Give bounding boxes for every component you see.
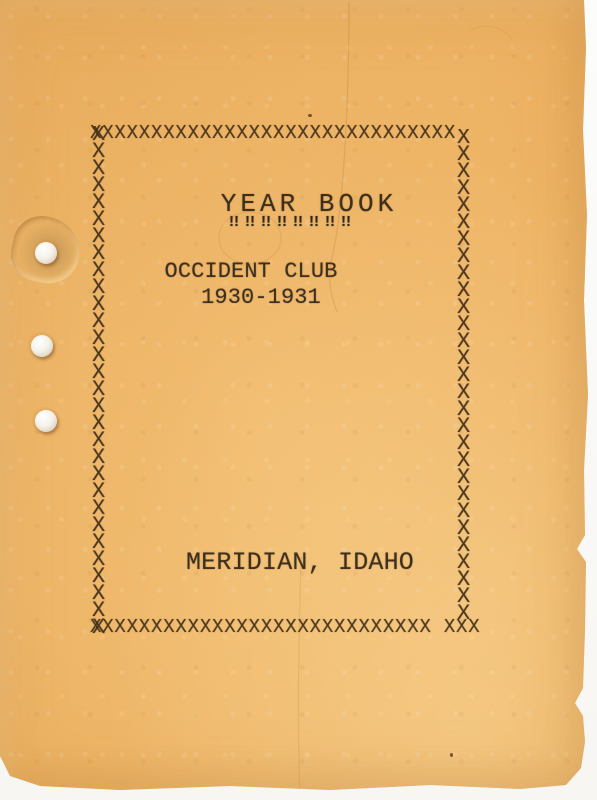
organization-name: OCCIDENT CLUB xyxy=(165,261,338,283)
paper-fastener xyxy=(35,242,57,264)
crease-marks xyxy=(0,0,597,800)
paper-fastener xyxy=(35,410,57,432)
border-top-row: XXXXXXXXXXXXXXXXXXXXXXXXXXXXXX xyxy=(90,124,456,143)
border-left-column: XXXXXXXXXXXXXXXXXXXXXXXXXXXXXX xyxy=(92,126,108,638)
border-right-column: XXXXXXXXXXXXXXXXXXXXXXXXXXXXX xyxy=(457,129,473,624)
paper-fastener xyxy=(31,335,53,357)
ink-speck xyxy=(308,114,312,117)
location-line: MERIDIAN, IDAHO xyxy=(186,550,414,575)
year-range: 1930-1931 xyxy=(201,287,321,309)
border-bottom-row: XXXXXXXXXXXXXXXXXXXXXXXXXXXX XXX xyxy=(90,618,480,637)
title-underline-marks: !! !! !! !! !! !! !! !! xyxy=(227,215,349,230)
ink-speck xyxy=(450,753,453,757)
booklet-cover-page: XXXXXXXXXXXXXXXXXXXXXXXXXXXXXX XXXXXXXXX… xyxy=(0,0,589,791)
